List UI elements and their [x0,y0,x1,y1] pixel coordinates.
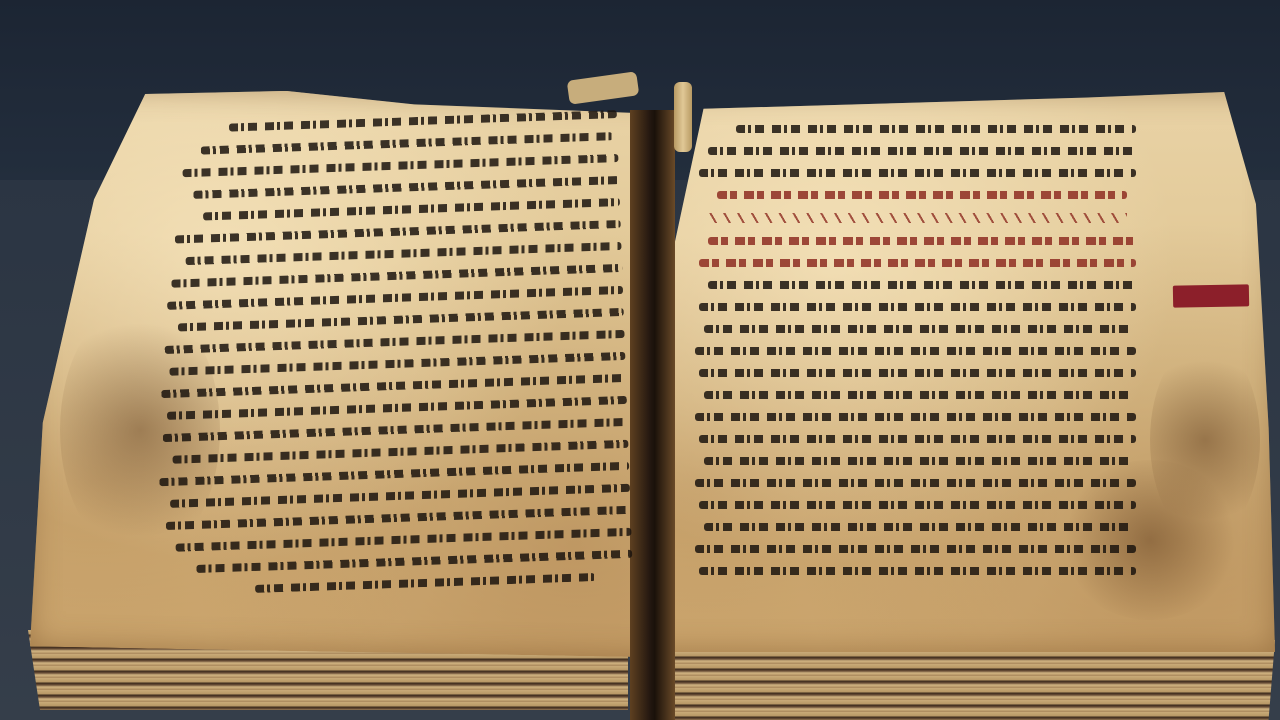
red-ribbon-marker [1173,284,1249,307]
right-page-script [690,125,1145,585]
left-page-script [142,110,643,597]
right-page-stack [630,640,1275,720]
binding-thread-knot [567,71,640,105]
parchment-stain [1150,340,1260,540]
